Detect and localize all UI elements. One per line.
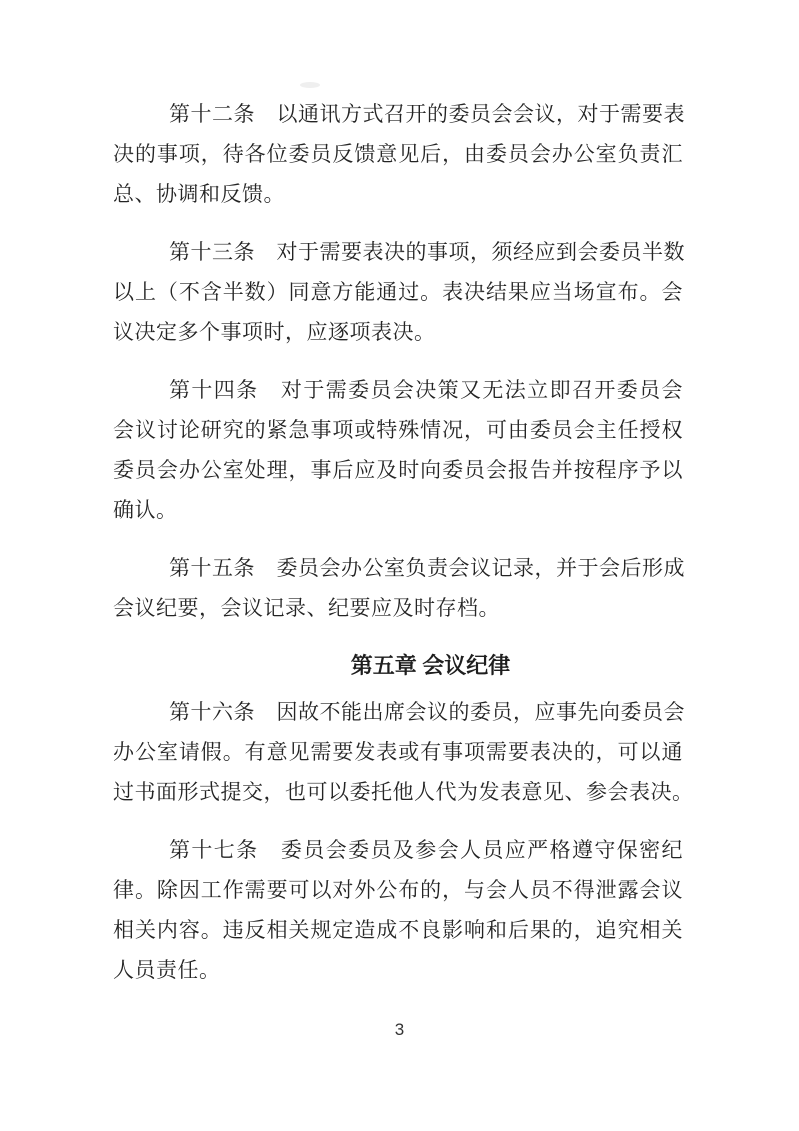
paragraph-article-15: 第十五条 委员会办公室负责会议记录，并于会后形成 会议纪要，会议记录、纪要应及时… [113, 548, 683, 628]
text-line: 过书面形式提交，也可以委托他人代为发表意见、参会表决。 [113, 772, 683, 812]
paragraph-article-12: 第十二条 以通讯方式召开的委员会会议，对于需要表 决的事项，待各位委员反馈意见后… [113, 94, 683, 214]
text-line: 第十六条 因故不能出席会议的委员，应事先向委员会 [113, 692, 683, 732]
text-line: 会议纪要，会议记录、纪要应及时存档。 [113, 588, 683, 628]
text-line: 总、协调和反馈。 [113, 174, 683, 214]
text-line: 会议讨论研究的紧急事项或特殊情况，可由委员会主任授权 [113, 410, 683, 450]
text-line: 确认。 [113, 490, 683, 530]
scan-smudge-artifact [300, 82, 320, 88]
text-line: 律。除因工作需要可以对外公布的，与会人员不得泄露会议 [113, 870, 683, 910]
document-body: 第十二条 以通讯方式召开的委员会会议，对于需要表 决的事项，待各位委员反馈意见后… [113, 94, 683, 1008]
text-line: 第十五条 委员会办公室负责会议记录，并于会后形成 [113, 548, 683, 588]
text-line: 第十四条 对于需委员会决策又无法立即召开委员会 [113, 370, 683, 410]
paragraph-article-16: 第十六条 因故不能出席会议的委员，应事先向委员会 办公室请假。有意见需要发表或有… [113, 692, 683, 812]
text-line: 以上（不含半数）同意方能通过。表决结果应当场宣布。会 [113, 272, 683, 312]
paragraph-article-17: 第十七条 委员会委员及参会人员应严格遵守保密纪 律。除因工作需要可以对外公布的，… [113, 830, 683, 990]
paragraph-article-14: 第十四条 对于需委员会决策又无法立即召开委员会 会议讨论研究的紧急事项或特殊情况… [113, 370, 683, 530]
paragraph-article-13: 第十三条 对于需要表决的事项，须经应到会委员半数 以上（不含半数）同意方能通过。… [113, 232, 683, 352]
scanned-document-page: 第十二条 以通讯方式召开的委员会会议，对于需要表 决的事项，待各位委员反馈意见后… [0, 0, 799, 1131]
chapter-heading: 第五章 会议纪律 [113, 646, 683, 686]
text-line: 议决定多个事项时，应逐项表决。 [113, 312, 683, 352]
page-number: 3 [0, 1019, 799, 1041]
text-line: 第十七条 委员会委员及参会人员应严格遵守保密纪 [113, 830, 683, 870]
text-line: 委员会办公室处理，事后应及时向委员会报告并按程序予以 [113, 450, 683, 490]
text-line: 人员责任。 [113, 950, 683, 990]
text-line: 办公室请假。有意见需要发表或有事项需要表决的，可以通 [113, 732, 683, 772]
text-line: 决的事项，待各位委员反馈意见后，由委员会办公室负责汇 [113, 134, 683, 174]
text-line: 第十三条 对于需要表决的事项，须经应到会委员半数 [113, 232, 683, 272]
text-line: 第十二条 以通讯方式召开的委员会会议，对于需要表 [113, 94, 683, 134]
text-line: 相关内容。违反相关规定造成不良影响和后果的，追究相关 [113, 910, 683, 950]
